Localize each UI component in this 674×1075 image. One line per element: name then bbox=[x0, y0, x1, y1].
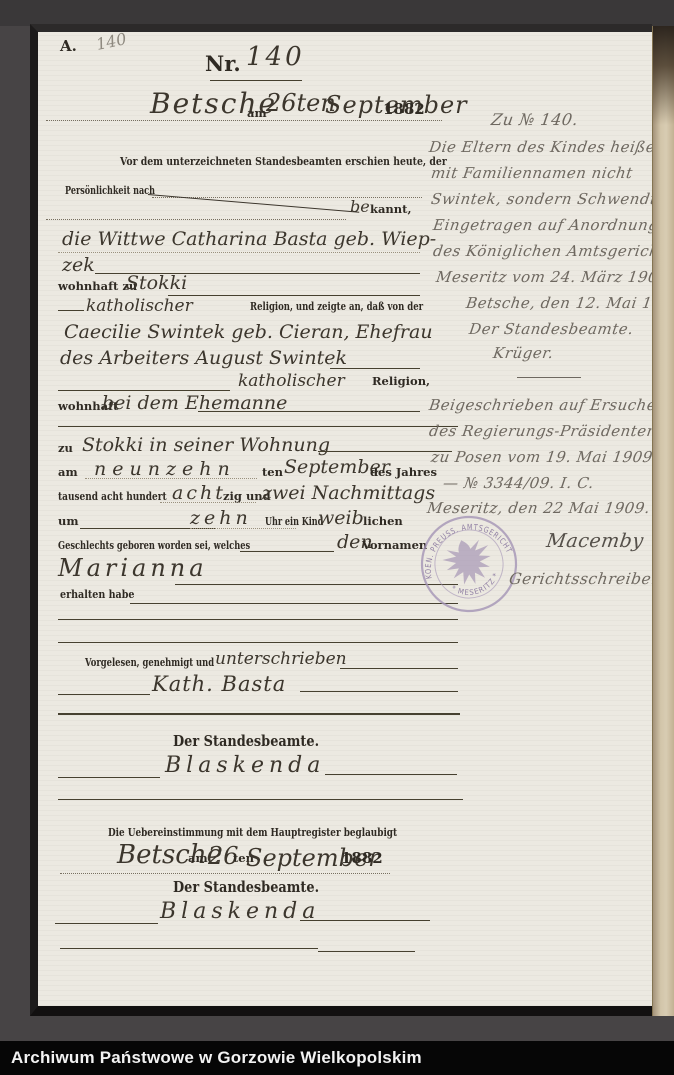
recognized-prefix-hw: be bbox=[350, 197, 370, 216]
margin-divider bbox=[517, 377, 581, 378]
margin-note2-line: — № 3344/09. I. C. bbox=[442, 474, 595, 492]
filler-line bbox=[58, 777, 160, 778]
filler-line bbox=[325, 774, 457, 775]
birth-hour: zehn bbox=[190, 507, 252, 529]
filler-line bbox=[168, 295, 420, 296]
religion2-label: Religion, bbox=[372, 374, 430, 388]
official-stamp: KOEN. PREUSS. AMTSGERICHT * MESERITZ * bbox=[403, 498, 534, 629]
form-series-letter: A. bbox=[60, 37, 77, 55]
bottom-line bbox=[60, 948, 318, 949]
margin-note2-line: des Regierungs-Präsidenten bbox=[428, 422, 652, 440]
filler-line bbox=[60, 873, 390, 874]
filler-line bbox=[330, 368, 420, 369]
birth-year-prefix: tausend acht hundert bbox=[58, 489, 167, 503]
filler-line bbox=[190, 528, 296, 529]
filler-line bbox=[46, 219, 346, 220]
filler-line bbox=[58, 252, 420, 253]
intro-line2-label: Persönlichkeit nach bbox=[65, 183, 155, 197]
birth-place: Stokki in seiner Wohnung bbox=[82, 434, 330, 456]
dateline-am: am bbox=[247, 106, 267, 120]
record-number-label: Nr. bbox=[205, 51, 241, 76]
bottom-line bbox=[318, 951, 415, 952]
religion2-value: katholischer bbox=[238, 371, 345, 391]
archive-scan-view: { "meta": { "archive_footer": "Archiwum … bbox=[0, 0, 674, 1075]
birth-um: um bbox=[58, 514, 79, 528]
archive-name: Archiwum Państwowe w Gorzowie Wielkopols… bbox=[11, 1048, 422, 1068]
birth-time-written: zwei Nachmittags bbox=[262, 482, 435, 504]
record-number-value: 140 bbox=[246, 42, 305, 72]
filler-line bbox=[58, 694, 150, 695]
registrar1-signature: Blaskenda bbox=[165, 753, 325, 778]
registrar1-label: Der Standesbeamte. bbox=[173, 732, 319, 750]
birth-year-written: acht bbox=[172, 482, 226, 504]
declarant-signature: Kath. Basta bbox=[152, 672, 286, 696]
margin-note1-line: Der Standesbeamte. bbox=[468, 320, 635, 338]
filler-line bbox=[340, 668, 458, 669]
father-line: des Arbeiters August Swintek bbox=[60, 347, 347, 369]
birth-geschlechts: Geschlechts geboren worden sei, welches bbox=[58, 538, 250, 552]
closing-written: unterschrieben bbox=[215, 649, 347, 669]
birth-des-jahres: des Jahres bbox=[370, 465, 437, 479]
religion1-value: katholischer bbox=[86, 296, 193, 316]
filler-line bbox=[300, 691, 458, 692]
section-line bbox=[58, 799, 463, 800]
archive-footer-bar: Archiwum Państwowe w Gorzowie Wielkopols… bbox=[0, 1041, 674, 1075]
religion1-label: Religion, und zeigte an, daß von der bbox=[250, 299, 423, 313]
birth-zu: zu bbox=[58, 441, 73, 455]
dateline-underline bbox=[46, 120, 442, 121]
book-page-edge bbox=[652, 26, 674, 1016]
birth-uhr-ein-kind: Uhr ein Kind bbox=[265, 514, 323, 528]
margin-note2-line: Beigeschrieben auf Ersuchen bbox=[428, 396, 652, 414]
filler-line bbox=[300, 920, 430, 921]
registrar2-label: Der Standesbeamte. bbox=[173, 878, 319, 896]
margin-note1-line: Die Eltern des Kindes heißen bbox=[428, 138, 652, 156]
birth-lichen: lichen bbox=[363, 514, 403, 528]
intro-line1: Vor dem unterzeichneten Standesbeamten e… bbox=[120, 154, 447, 168]
record-number-underline bbox=[210, 80, 302, 81]
margin-note2-line: zu Posen vom 19. Mai 1909. bbox=[430, 448, 652, 466]
viewer-top-band bbox=[0, 0, 674, 26]
margin-note1-line: mit Familiennamen nicht bbox=[430, 164, 634, 182]
birth-gender: weib bbox=[318, 507, 364, 529]
section-line bbox=[58, 713, 460, 715]
closing-printed: Vorgelesen, genehmigt und bbox=[85, 655, 214, 669]
margin-note1-line: des Königlichen Amtsgerichts bbox=[432, 242, 652, 260]
margin-note1-line: Meseritz vom 24. März 1909. bbox=[435, 268, 652, 286]
declarant-line1: die Wittwe Catharina Basta geb. Wiep- bbox=[62, 228, 436, 250]
registrar2-signature: Blaskenda bbox=[160, 899, 320, 924]
child-name: Marianna bbox=[58, 554, 208, 582]
birth-day: neunzehn bbox=[94, 458, 236, 480]
birth-ten: ten bbox=[262, 465, 283, 479]
filler-line bbox=[175, 584, 458, 585]
birth-am: am bbox=[58, 465, 78, 479]
section-line bbox=[58, 426, 458, 427]
filler-line bbox=[55, 923, 158, 924]
dateline-year: 1882 bbox=[383, 100, 425, 118]
filler-line bbox=[85, 478, 257, 479]
margin-note1-line: Swintek, sondern Schwendtke. bbox=[430, 190, 652, 208]
margin-note2-signer-title: Gerichtsschreiber. bbox=[508, 570, 652, 588]
filler-line bbox=[58, 390, 230, 391]
blank-line bbox=[58, 619, 458, 620]
blank-line bbox=[58, 642, 458, 643]
margin-note1-line: Betsche, den 12. Mai 1909. bbox=[465, 294, 652, 312]
pencil-number: 140 bbox=[94, 29, 128, 54]
declarant-line2: zek bbox=[62, 254, 95, 276]
certification-line: Die Uebereinstimmung mit dem Hauptregist… bbox=[108, 825, 397, 839]
margin-note2-signature: Macemby bbox=[545, 530, 645, 552]
margin-note1-line: Zu № 140. bbox=[490, 110, 580, 129]
filler-line bbox=[130, 603, 458, 604]
certification-am: am bbox=[188, 851, 208, 865]
document-page: A. 140 Nr. 140 Betsche am 26ten Septembe… bbox=[30, 24, 652, 1016]
margin-note1-line: Eingetragen auf Anordnung bbox=[432, 216, 652, 234]
certification-year: 1882 bbox=[341, 849, 383, 867]
filler-line bbox=[198, 411, 420, 412]
erhalten-habe: erhalten habe bbox=[60, 587, 134, 601]
margin-note1-signature: Krüger. bbox=[492, 344, 555, 362]
filler-line bbox=[58, 310, 84, 311]
filler-line bbox=[240, 551, 334, 552]
mother-line: Caecilie Swintek geb. Cieran, Ehefrau bbox=[64, 321, 433, 343]
residence1-value: Stokki bbox=[126, 272, 187, 294]
recognized-suffix: kannt, bbox=[370, 202, 411, 216]
